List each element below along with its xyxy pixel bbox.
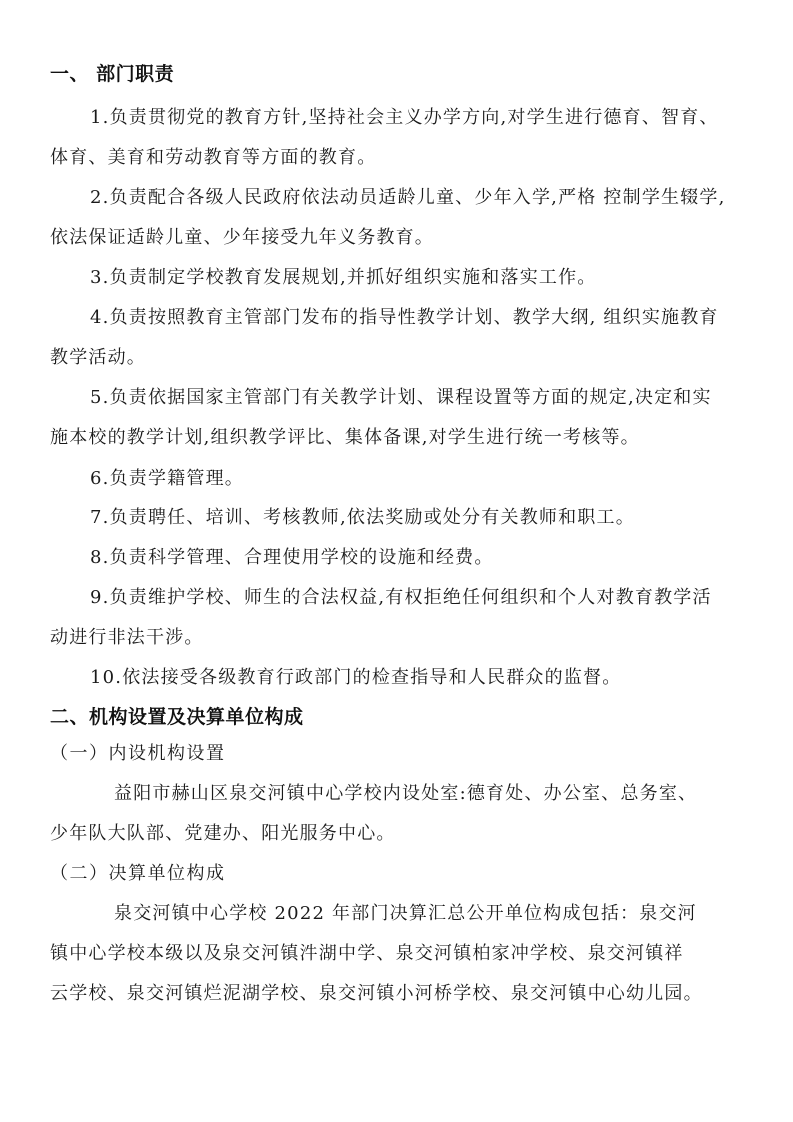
internal-org-line-1: 益阳市赫山区泉交河镇中心学校内设处室:德育处、办公室、总务室、 — [114, 782, 697, 806]
duty-item-7-line-1: 7.负责聘任、培训、考核教师,依法奖励或处分有关教师和职工。 — [90, 506, 635, 530]
section-heading-structure: 二、机构设置及决算单位构成 — [50, 705, 304, 729]
budget-units-line-2: 镇中心学校本级以及泉交河镇汼湖中学、泉交河镇柏家冲学校、泉交河镇祥 — [50, 942, 684, 966]
duty-item-6-line-1: 6.负责学籍管理。 — [90, 467, 244, 491]
duty-item-5-line-2: 施本校的教学计划,组织教学评比、集体备课,对学生进行统一考核等。 — [50, 426, 640, 450]
internal-org-line-2: 少年队大队部、党建办、阳光服务中心。 — [50, 822, 396, 846]
subsection-heading-budget-units: （二）决算单位构成 — [50, 862, 226, 886]
duty-item-4-line-1: 4.负责按照教育主管部门发布的指导性教学计划、教学大纲, 组织实施教育 — [90, 306, 719, 330]
duty-item-9-line-2: 动进行非法干涉。 — [50, 626, 204, 650]
section-heading-duties: 一、 部门职责 — [50, 62, 174, 86]
budget-units-line-3: 云学校、泉交河镇烂泥湖学校、泉交河镇小河桥学校、泉交河镇中心幼儿园。 — [50, 982, 703, 1006]
document-page: 一、 部门职责 1.负责贯彻党的教育方针,坚持社会主义办学方向,对学生进行德育、… — [0, 0, 793, 1122]
budget-units-line-1: 泉交河镇中心学校 2022 年部门决算汇总公开单位构成包括：泉交河 — [114, 902, 697, 926]
duty-item-3-line-1: 3.负责制定学校教育发展规划,并抓好组织实施和落实工作。 — [90, 266, 597, 290]
subsection-heading-internal-org: （一）内设机构设置 — [50, 742, 226, 766]
duty-item-10-line-1: 10.依法接受各级教育行政部门的检查指导和人民群众的监督。 — [90, 666, 621, 690]
duty-item-1-line-2: 体育、美育和劳动教育等方面的教育。 — [50, 146, 376, 170]
duty-item-5-line-1: 5.负责依据国家主管部门有关教学计划、课程设置等方面的规定,决定和实 — [90, 386, 712, 410]
duty-item-2-line-2: 依法保证适龄儿童、少年接受九年义务教育。 — [50, 226, 434, 250]
duty-item-2-line-1: 2.负责配合各级人民政府依法动员适龄儿童、少年入学,严格 控制学生辍学, — [90, 186, 726, 210]
duty-item-8-line-1: 8.负责科学管理、合理使用学校的设施和经费。 — [90, 546, 494, 570]
duty-item-9-line-1: 9.负责维护学校、师生的合法权益,有权拒绝任何组织和个人对教育教学活 — [90, 586, 712, 610]
duty-item-4-line-2: 教学活动。 — [50, 346, 146, 370]
duty-item-1-line-1: 1.负责贯彻党的教育方针,坚持社会主义办学方向,对学生进行德育、智育、 — [90, 106, 719, 130]
